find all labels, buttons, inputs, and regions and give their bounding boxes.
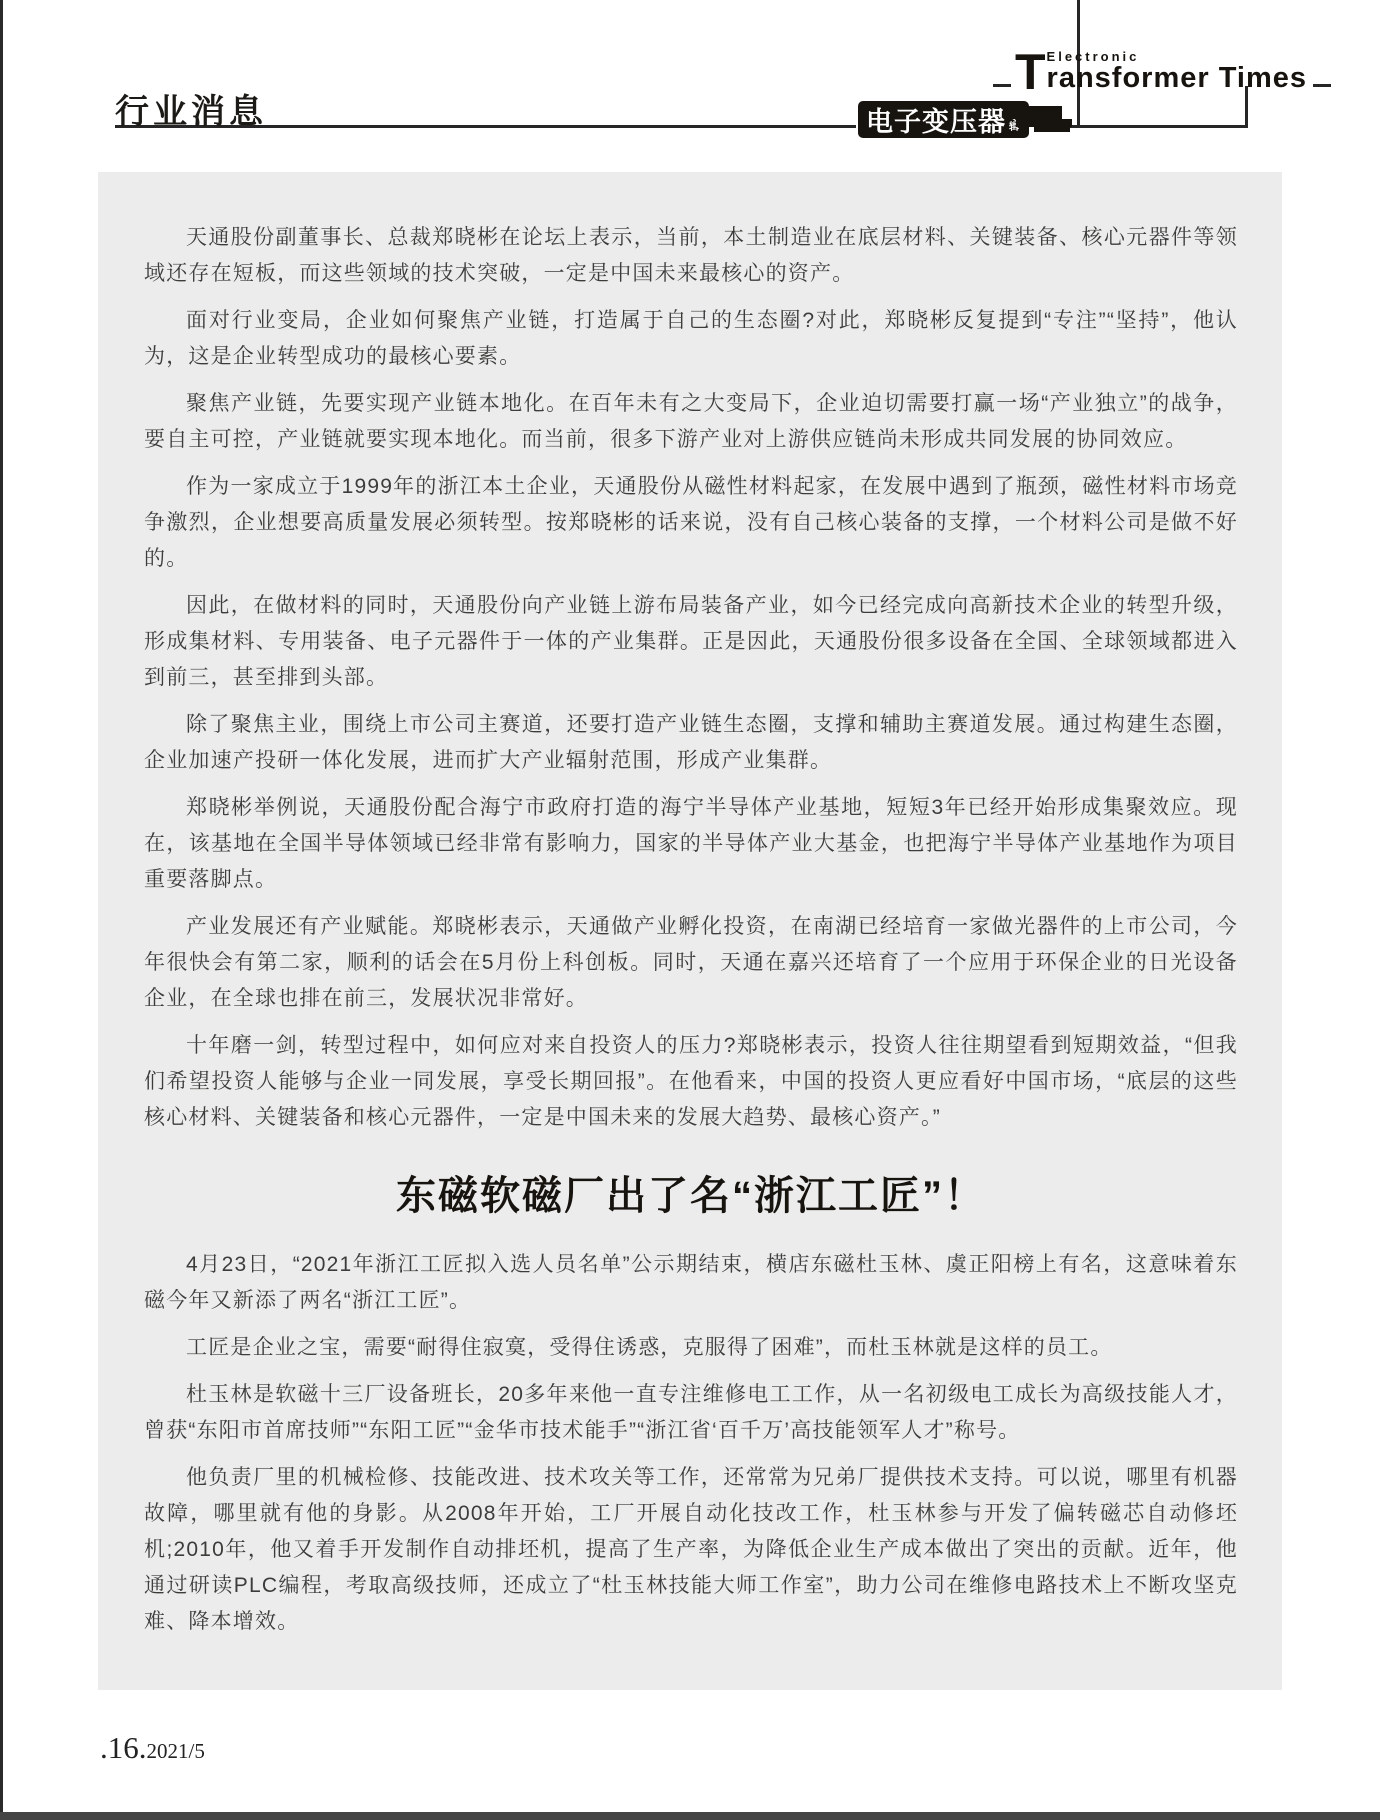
magazine-page: 行业消息 电子变压器 专辑 T Electronic ransformer Ti… (0, 0, 1380, 1820)
bottom-border-bar (0, 1812, 1380, 1820)
masthead-dash (1313, 84, 1331, 87)
article-headline: 东磁软磁厂出了名“浙江工匠”！ (144, 1164, 1238, 1221)
logo-step-decoration (1016, 119, 1072, 127)
logo-step-decoration (1034, 127, 1070, 132)
paragraph: 天通股份副董事长、总裁郑晓彬在论坛上表示，当前，本土制造业在底层材料、关键装备、… (144, 220, 1238, 292)
left-border-line (0, 0, 3, 1820)
logo-step-decoration (1004, 106, 1062, 119)
cn-logo-title: 电子变压器 (866, 100, 1006, 139)
en-logo-initial: T (1015, 50, 1046, 94)
paragraph: 因此，在做材料的同时，天通股份向产业链上游布局装备产业，如今已经完成向高新技术企… (144, 588, 1238, 696)
en-logo-title: ransformer Times (1047, 63, 1307, 93)
paragraph: 产业发展还有产业赋能。郑晓彬表示，天通做产业孵化投资，在南湖已经培育一家做光器件… (144, 909, 1238, 1017)
masthead-dash (993, 84, 1011, 87)
paragraph: 十年磨一剑，转型过程中，如何应对来自投资人的压力?郑晓彬表示，投资人往往期望看到… (144, 1028, 1238, 1136)
paragraph: 他负责厂里的机械检修、技能改进、技术攻关等工作，还常常为兄弟厂提供技术支持。可以… (144, 1460, 1238, 1640)
paragraph: 除了聚焦主业，围绕上市公司主赛道，还要打造产业链生态圈，支撑和辅助主赛道发展。通… (144, 707, 1238, 779)
issue-number: 2021/5 (147, 1739, 205, 1763)
en-logo-stack: Electronic ransformer Times (1047, 50, 1307, 93)
paragraph: 面对行业变局，企业如何聚焦产业链，打造属于自己的生态圈?对此，郑晓彬反复提到“专… (144, 303, 1238, 375)
page-footer: .16.2021/5 (100, 1730, 205, 1766)
paragraph: 聚焦产业链，先要实现产业链本地化。在百年未有之大变局下，企业迫切需要打赢一场“产… (144, 386, 1238, 458)
en-masthead-logo: T Electronic ransformer Times (993, 50, 1331, 94)
page-number: .16. (100, 1730, 147, 1765)
section-title: 行业消息 (115, 84, 267, 133)
paragraph: 杜玉林是软磁十三厂设备班长，20多年来他一直专注维修电工工作，从一名初级电工成长… (144, 1377, 1238, 1449)
paragraph: 工匠是企业之宝，需要“耐得住寂寞，受得住诱惑，克服得了困难”，而杜玉林就是这样的… (144, 1330, 1238, 1366)
paragraph: 郑晓彬举例说，天通股份配合海宁市政府打造的海宁半导体产业基地，短短3年已经开始形… (144, 790, 1238, 898)
article-panel: 天通股份副董事长、总裁郑晓彬在论坛上表示，当前，本土制造业在底层材料、关键装备、… (98, 172, 1282, 1690)
paragraph: 作为一家成立于1999年的浙江本土企业，天通股份从磁性材料起家，在发展中遇到了瓶… (144, 469, 1238, 577)
header-rule-right (1070, 125, 1248, 128)
paragraph: 4月23日，“2021年浙江工匠拟入选人员名单”公示期结束，横店东磁杜玉林、虞正… (144, 1247, 1238, 1319)
